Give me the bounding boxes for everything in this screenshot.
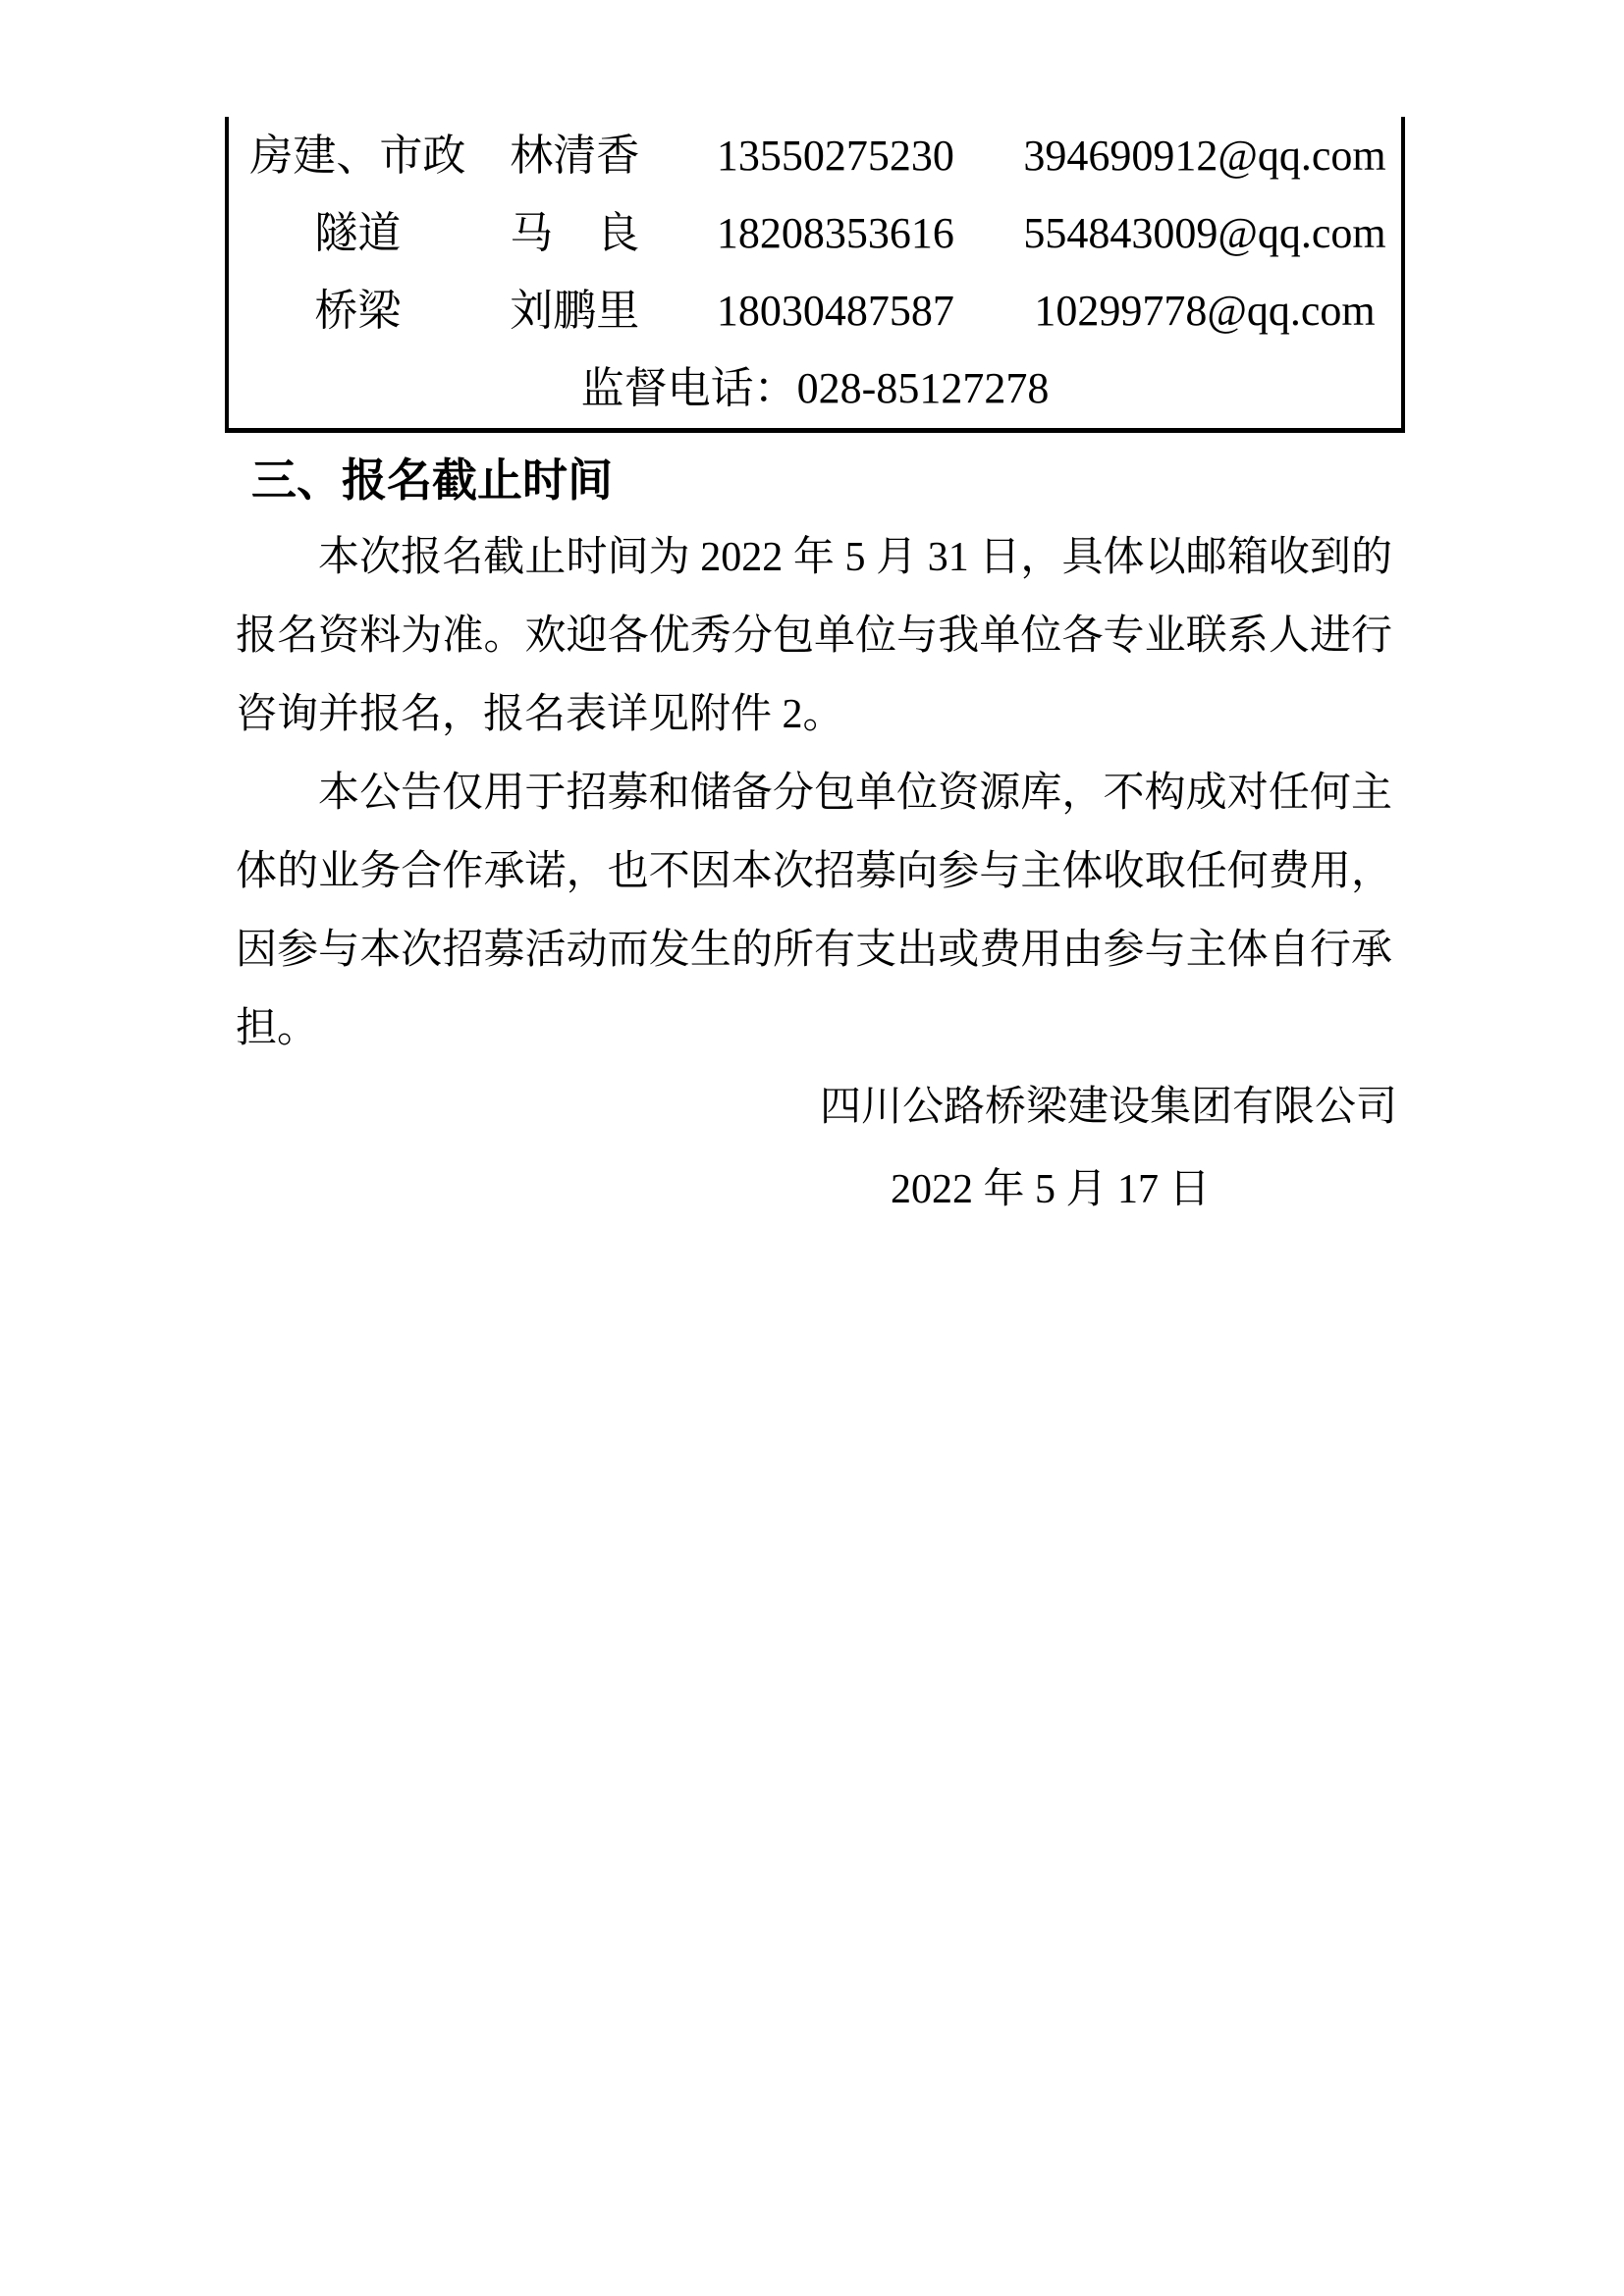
supervision-phone-line: 监督电话：028-85127278 bbox=[229, 350, 1401, 428]
contact-table: 房建、市政 林清香 13550275230 394690912@qq.com 隧… bbox=[225, 117, 1405, 433]
paragraph-line: 体的业务合作承诺，也不因本次招募向参与主体收取任何费用， bbox=[236, 832, 1392, 911]
email-cell: 10299778@qq.com bbox=[1008, 290, 1401, 333]
paragraph-line: 报名资料为准。欢迎各优秀分包单位与我单位各专业联系人进行 bbox=[236, 597, 1392, 675]
document-page: 房建、市政 林清香 13550275230 394690912@qq.com 隧… bbox=[0, 0, 1624, 2296]
contact-name-cell: 刘鹏里 bbox=[487, 290, 663, 333]
section-heading: 三、报名截止时间 bbox=[236, 455, 1392, 506]
signature-date: 2022 年 5 月 17 日 bbox=[891, 1160, 1211, 1219]
paragraph-line: 因参与本次招募活动而发生的所有支出或费用由参与主体自行承 bbox=[236, 911, 1392, 989]
phone-cell: 18030487587 bbox=[663, 290, 1008, 333]
paragraph-line: 本次报名截止时间为 2022 年 5 月 31 日，具体以邮箱收到的 bbox=[236, 518, 1392, 597]
table-row: 桥梁 刘鹏里 18030487587 10299778@qq.com bbox=[229, 273, 1401, 350]
specialty-cell: 桥梁 bbox=[229, 290, 487, 333]
contact-name-cell: 林清香 bbox=[487, 134, 663, 178]
specialty-cell: 隧道 bbox=[229, 212, 487, 255]
paragraph-line: 本公告仅用于招募和储备分包单位资源库，不构成对任何主 bbox=[236, 754, 1392, 832]
body-text: 本次报名截止时间为 2022 年 5 月 31 日，具体以邮箱收到的 报名资料为… bbox=[236, 518, 1392, 1068]
table-row: 隧道 马 良 18208353616 554843009@qq.com bbox=[229, 194, 1401, 272]
phone-cell: 13550275230 bbox=[663, 134, 1008, 178]
contact-name-cell: 马 良 bbox=[487, 212, 663, 255]
email-cell: 554843009@qq.com bbox=[1008, 212, 1401, 255]
paragraph-line: 担。 bbox=[236, 989, 1392, 1068]
signature-company: 四川公路桥梁建设集团有限公司 bbox=[236, 1078, 1397, 1137]
table-row: 房建、市政 林清香 13550275230 394690912@qq.com bbox=[229, 117, 1401, 194]
specialty-cell: 房建、市政 bbox=[229, 134, 487, 178]
phone-cell: 18208353616 bbox=[663, 212, 1008, 255]
paragraph-line: 咨询并报名，报名表详见附件 2。 bbox=[236, 675, 1392, 754]
email-cell: 394690912@qq.com bbox=[1008, 134, 1401, 178]
